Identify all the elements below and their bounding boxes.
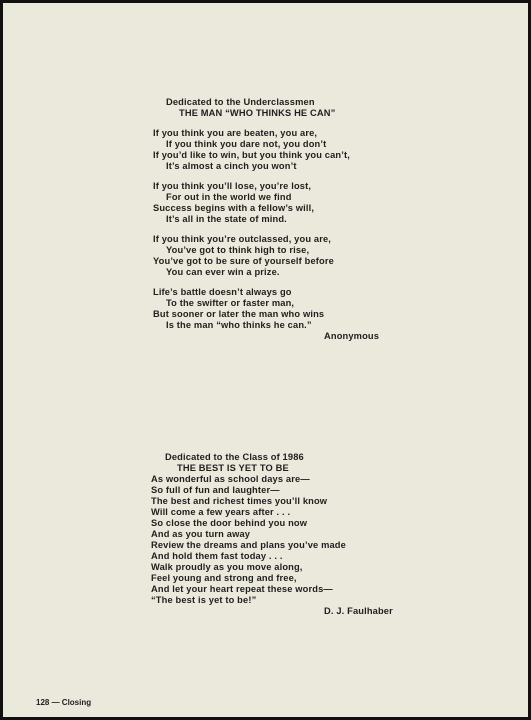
poem1-title: THE MAN “WHO THINKS HE CAN” xyxy=(179,108,335,119)
poem2-line: “The best is yet to be!” xyxy=(151,595,256,606)
poem2-line: Will come a few years after . . . xyxy=(151,507,290,518)
poem1-line: It’s all in the state of mind. xyxy=(166,214,287,225)
poem2-line: And let your heart repeat these words— xyxy=(151,584,333,595)
poem1-line: If you think you dare not, you don’t xyxy=(166,139,326,150)
poem1-line: You can ever win a prize. xyxy=(166,267,280,278)
yearbook-page: Dedicated to the Underclassmen THE MAN “… xyxy=(3,3,528,717)
poem2-line: Feel young and strong and free, xyxy=(151,573,297,584)
poem2-dedication: Dedicated to the Class of 1986 xyxy=(165,452,304,463)
poem2-line: And hold them fast today . . . xyxy=(151,551,283,562)
poem1-line: If you think you’re outclassed, you are, xyxy=(153,234,331,245)
poem1-line: You’ve got to think high to rise, xyxy=(166,245,309,256)
poem1-line: If you think you’ll lose, you’re lost, xyxy=(153,181,311,192)
poem2-line: The best and richest times you’ll know xyxy=(151,496,327,507)
page-folio: 128 — Closing xyxy=(36,697,91,708)
poem1-line: For out in the world we find xyxy=(166,192,292,203)
poem2-line: So close the door behind you now xyxy=(151,518,307,529)
poem1-author: Anonymous xyxy=(324,331,379,342)
poem1-dedication: Dedicated to the Underclassmen xyxy=(166,97,315,108)
poem1-line: Is the man “who thinks he can.” xyxy=(166,320,312,331)
poem1-line: It’s almost a cinch you won’t xyxy=(166,161,297,172)
poem2-line: So full of fun and laughter— xyxy=(151,485,280,496)
poem2-line: Walk proudly as you move along, xyxy=(151,562,303,573)
poem2-line: As wonderful as school days are— xyxy=(151,474,310,485)
poem1-line: If you’d like to win, but you think you … xyxy=(153,150,350,161)
poem1-line: If you think you are beaten, you are, xyxy=(153,128,317,139)
poem2-line: And as you turn away xyxy=(151,529,250,540)
poem2-author: D. J. Faulhaber xyxy=(324,606,393,617)
poem1-line: You’ve got to be sure of yourself before xyxy=(153,256,334,267)
poem2-title: THE BEST IS YET TO BE xyxy=(177,463,289,474)
poem1-line: Life’s battle doesn’t always go xyxy=(153,287,292,298)
poem1-line: But sooner or later the man who wins xyxy=(153,309,324,320)
poem1-line: Success begins with a fellow’s will, xyxy=(153,203,314,214)
poem1-line: To the swifter or faster man, xyxy=(166,298,294,309)
poem2-line: Review the dreams and plans you’ve made xyxy=(151,540,346,551)
